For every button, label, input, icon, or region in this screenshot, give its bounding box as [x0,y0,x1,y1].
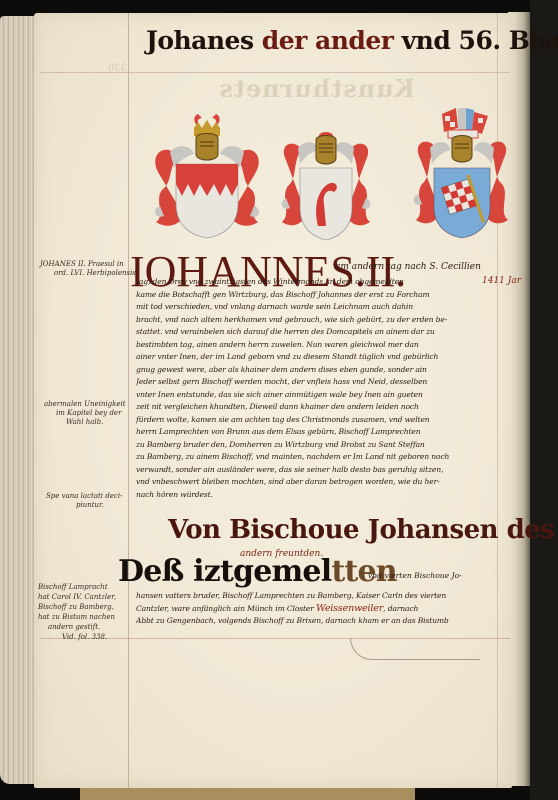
text-line: zu Bamberg bruder den, Domherren zu Wirt… [136,439,498,452]
section-title-part: Deß iztgemel [118,554,331,589]
text-line: verwandt, sonder ain ausländer were, das… [136,464,498,477]
margin-note-line: andern gestift. [38,622,116,632]
margin-note-line: im Kapitel bey der [44,409,126,418]
text-line: vnd vnbeschwert bleiben mochten, sind ab… [136,476,498,489]
margin-note-line: abermalen Uneinigkeit [44,400,126,409]
bleed-through-heading: Kunsthurnets [245,74,415,103]
text-line: bracht, vnd nach altem herkhomen vnd geb… [136,314,498,327]
margin-note-line: piuntur. [46,501,122,510]
text-line: hansen vatters bruder, Bischoff Lamprech… [136,590,498,603]
text-segment: Cantzler, ware anfänglich ain Münch im C… [136,604,314,613]
text-line: zu Bamberg, zu ainem Bischoff, vnd maint… [136,451,498,464]
entry-body: tag, den Drey vnd zwaintzigsten des Wint… [136,276,498,501]
text-line: Abbt zu Gengenbach, volgends Bischoff zu… [136,615,498,628]
text-line: herrn Lamprechten von Brunn aus dem Elsa… [136,426,498,439]
running-head: Johanes der ander vnd 56. Bischof. [146,20,516,62]
pen-flourish [350,638,480,660]
text-line: nach hören würdest. [136,489,498,502]
coat-of-arms-brunn [278,130,374,242]
text-line: Cantzler, ware anfänglich ain Münch im C… [136,603,498,616]
margin-note-disunity: abermalen Uneinigkeit im Kapitel bey der… [44,400,126,427]
text-line: gnug gewest were, aber als khainer dem a… [136,364,498,377]
text-line: ainer vnter Inen, der im Land geborn vnd… [136,351,498,364]
red-word: Weissenweiler [316,603,383,614]
section-title: Deß iztgemeltten [118,552,397,592]
margin-note-line: Spe vana lactati deci- [46,492,122,501]
margin-note-lamprecht: Bischoff Lampracht hat Carol IV. Cantzle… [38,582,116,642]
text-segment: , darnach [383,604,418,613]
bleed-through-folio: 330 [108,63,127,74]
margin-note-line: Vid. fol. 338. [38,632,116,642]
book-cover-right [530,0,558,800]
text-line: bestimbten tag, ainen andern herrn zuwel… [136,339,498,352]
text-line: mit tod verschieden, vnd vnlang darnach … [136,301,498,314]
section-lead-in: vnd vierten Bischoue Jo- [368,571,462,580]
running-head-part: Johanes [146,26,262,55]
margin-note-line: hat zu Bistum nachen [38,612,116,622]
subsection-heading: Von Bischoue Johansen des [168,515,554,545]
entry-lead-in: am andern tag nach S. Cecillien [335,262,481,272]
cover-bottom-band [80,786,415,800]
margin-note-line: hat Carol IV. Cantzler, [38,592,116,602]
running-head-part: der [262,26,315,55]
margin-note-line: Wahl halb. [44,418,126,427]
margin-note-line: ord. LVI. Herbipolensis. [40,269,138,278]
margin-rule-left [128,13,129,788]
margin-note-line: Bischoff Lampracht [38,582,116,592]
margin-note-johannes: JOHANES II. Praesul in ord. LVI. Herbipo… [40,260,138,278]
text-line: stattet. vnd verainbelen sich darauf die… [136,326,498,339]
margin-note-line: JOHANES II. Praesul in [40,260,138,269]
margin-note-line: Bischoff zu Bamberg, [38,602,116,612]
text-line: kame die Botschafft gen Wirtzburg, das B… [136,289,498,302]
text-line: zeit nit vergleichen khundten, Dieweil d… [136,401,498,414]
running-head-part: ander [315,26,402,55]
manuscript-scan: Kunsthurnets 330 Johanes der ander vnd 5… [0,0,558,800]
text-line: fürdern wolte, kamen sie am achten tag d… [136,414,498,427]
text-line: tag, den Drey vnd zwaintzigsten des Wint… [136,276,476,289]
margin-note-spe-vana: Spe vana lactati deci- piuntur. [46,492,122,510]
text-line: Jeder selbst gern Bischoff werden mocht,… [136,376,498,389]
running-head-part: vnd 56. Bischof. [402,26,558,55]
coat-of-arms-wuerzburg [412,108,512,240]
coat-of-arms-franconia [148,112,266,240]
text-line: vnter Inen entstunde, das sie sich ainer… [136,389,498,402]
section-body: hansen vatters bruder, Bischoff Lamprech… [136,590,498,628]
